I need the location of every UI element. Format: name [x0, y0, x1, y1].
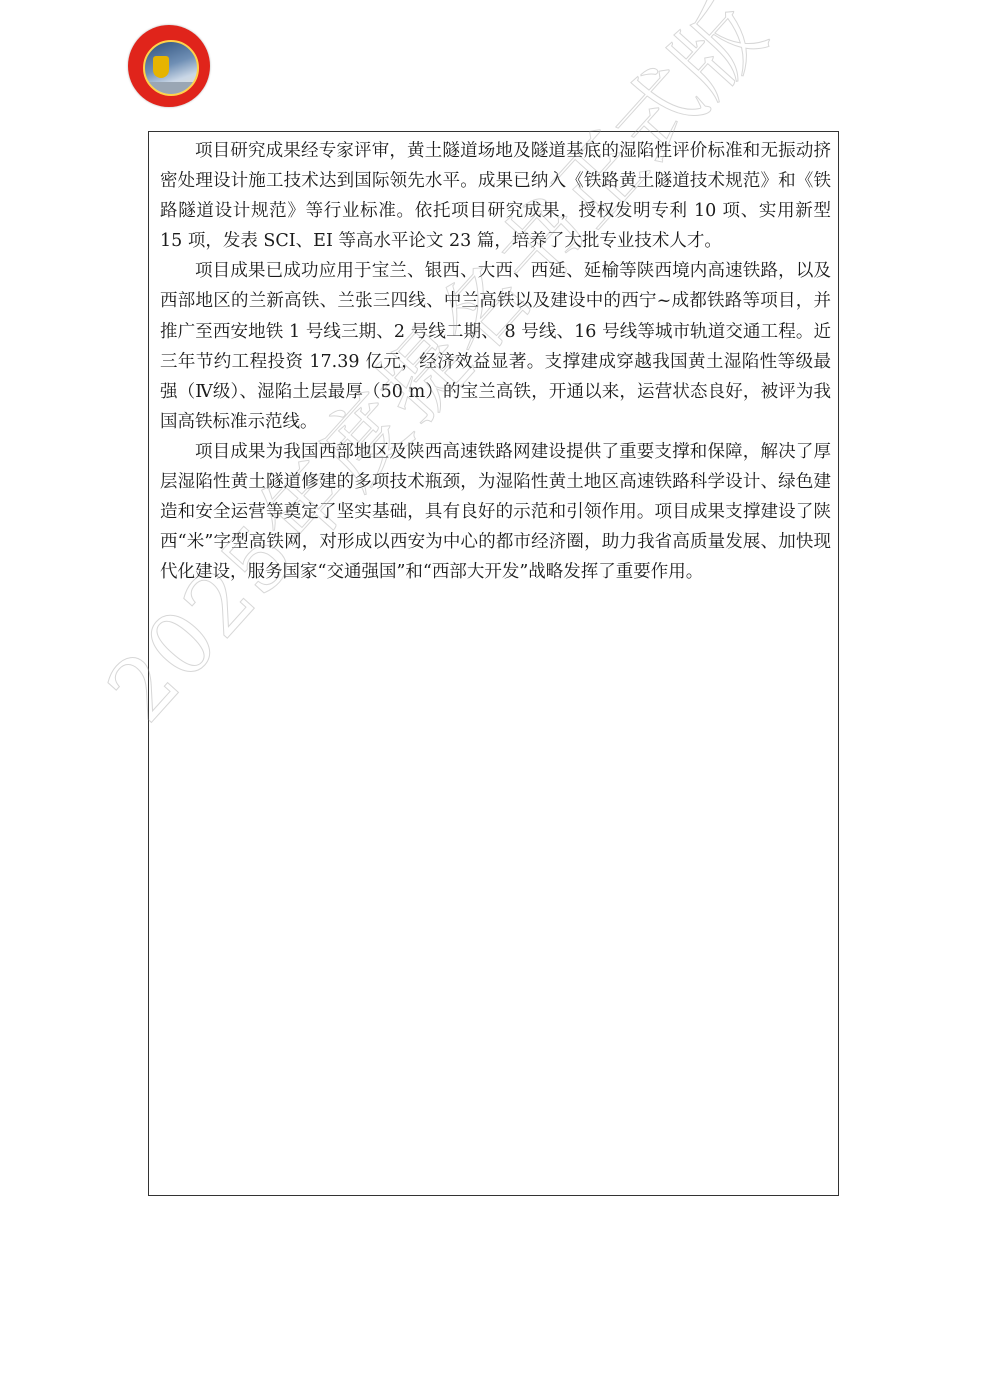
building-icon	[145, 82, 197, 94]
seal-emblem-image	[143, 40, 199, 96]
document-text-box: 项目研究成果经专家评审，黄土隧道场地及隧道基底的湿陷性评价标准和无振动挤密处理设…	[148, 131, 839, 1196]
trophy-icon	[153, 56, 169, 78]
paragraph-impact: 项目成果为我国西部地区及陕西高速铁路网建设提供了重要支撑和保障，解决了厚层湿陷性…	[160, 437, 831, 587]
paragraph-evaluation: 项目研究成果经专家评审，黄土隧道场地及隧道基底的湿陷性评价标准和无振动挤密处理设…	[160, 136, 831, 256]
document-body: 项目研究成果经专家评审，黄土隧道场地及隧道基底的湿陷性评价标准和无振动挤密处理设…	[160, 136, 831, 587]
paragraph-application: 项目成果已成功应用于宝兰、银西、大西、西延、延榆等陕西境内高速铁路，以及西部地区…	[160, 256, 831, 437]
seal-logo	[128, 25, 210, 107]
